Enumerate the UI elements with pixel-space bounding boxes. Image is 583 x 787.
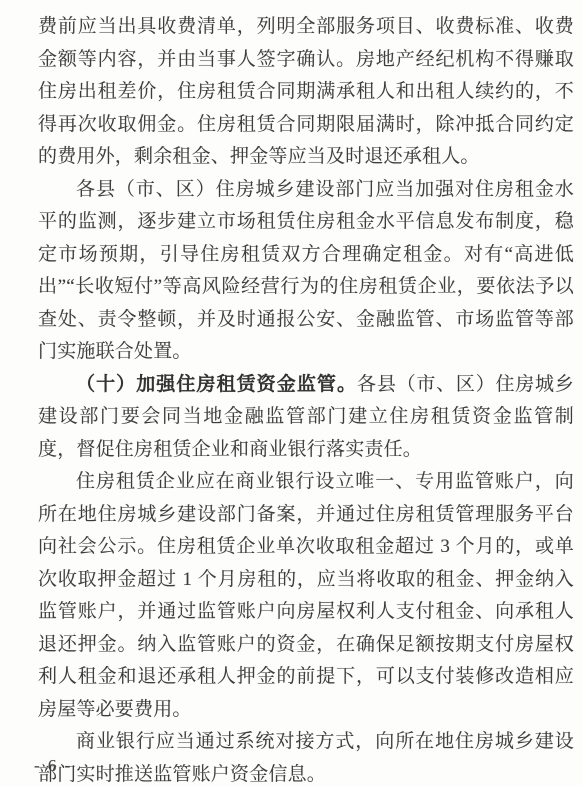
clause-heading: （十）加强住房租赁资金监管。 <box>76 374 357 395</box>
body-text: 各县（市、区）住房城乡建设部门应当加强对住房租金水平的监测，逐步建立市场租赁住房… <box>38 179 574 363</box>
paragraph: 各县（市、区）住房城乡建设部门应当加强对住房租金水平的监测，逐步建立市场租赁住房… <box>38 174 574 369</box>
paragraph: 商业银行应当通过系统对接方式，向所在地住房城乡建设部门实时推送监管账户资金信息。 <box>38 726 574 787</box>
body-text: 费前应当出具收费清单，列明全部服务项目、收费标准、收费金额等内容，并由当事人签字… <box>38 16 574 167</box>
document-body: 费前应当出具收费清单，列明全部服务项目、收费标准、收费金额等内容，并由当事人签字… <box>38 11 574 787</box>
body-text: 商业银行应当通过系统对接方式，向所在地住房城乡建设部门实时推送监管账户资金信息。 <box>38 731 574 785</box>
paragraph: 住房租赁企业应在商业银行设立唯一、专用监管账户，向所在地住房城乡建设部门备案，并… <box>38 466 574 726</box>
paragraph: （十）加强住房租赁资金监管。各县（市、区）住房城乡建设部门要会同当地金融监管部门… <box>38 369 574 467</box>
paragraph: 费前应当出具收费清单，列明全部服务项目、收费标准、收费金额等内容，并由当事人签字… <box>38 11 574 174</box>
document-page: 费前应当出具收费清单，列明全部服务项目、收费标准、收费金额等内容，并由当事人签字… <box>0 0 583 787</box>
page-number: - 6 - <box>34 756 72 776</box>
body-text: 住房租赁企业应在商业银行设立唯一、专用监管账户，向所在地住房城乡建设部门备案，并… <box>38 471 574 720</box>
